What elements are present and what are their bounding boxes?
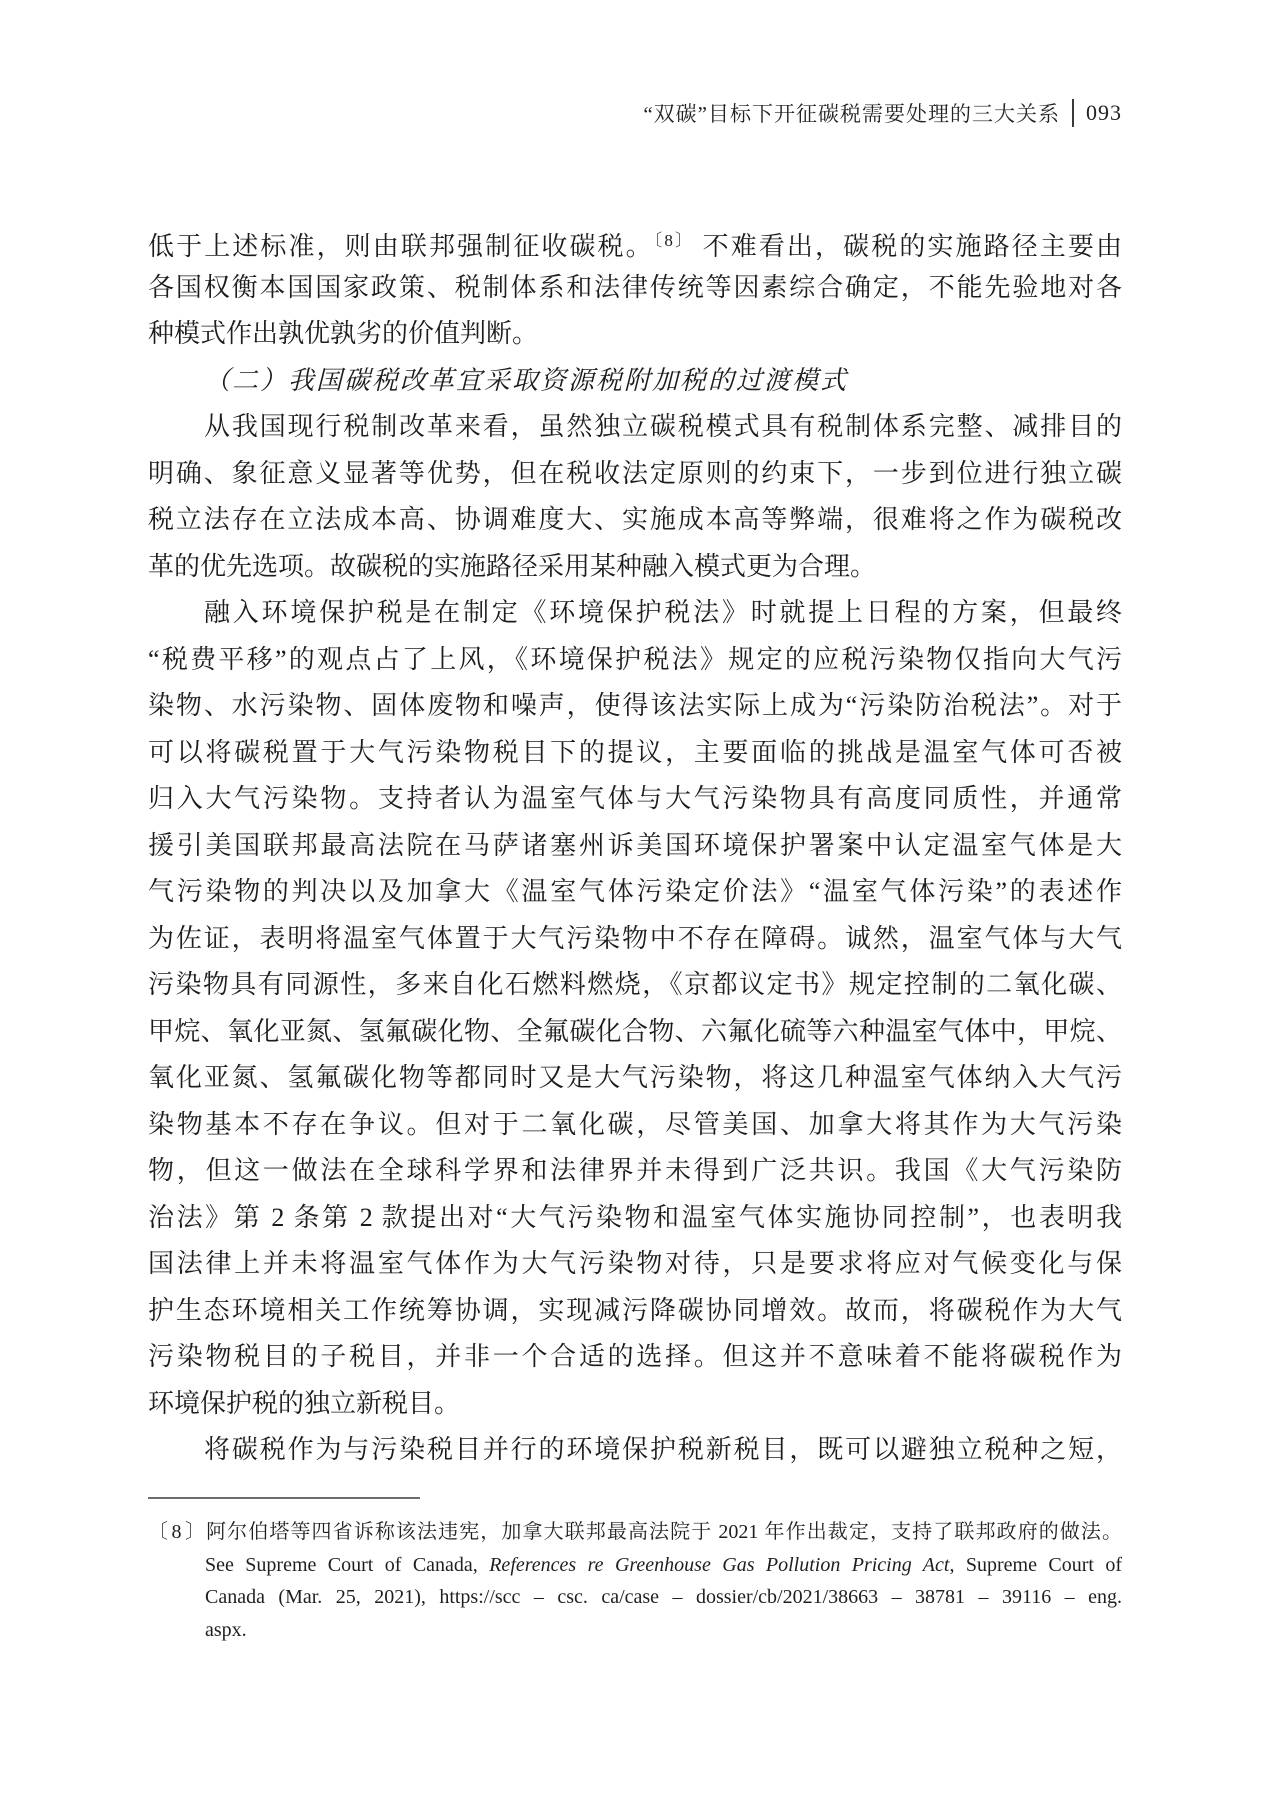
text-line: 污染物具有同源性，多来自化石燃料燃烧，《京都议定书》规定控制的二氧化碳、 <box>148 962 1122 1009</box>
text-run: , Supreme Court of <box>949 1554 1122 1576</box>
text-run: 不难看出，碳税的实施路径主要由 <box>694 232 1122 261</box>
text-run: 明确、象征意义显著等优势，但在税收法定原则的约束下，一步到位进行独立碳 <box>148 459 1122 488</box>
text-run: 氧化亚氮、氢氟碳化物等都同时又是大气污染物，将这几种温室气体纳入大气污 <box>148 1063 1122 1092</box>
text-line: 为佐证，表明将温室气体置于大气污染物中不存在障碍。诚然，温室气体与大气 <box>148 916 1122 963</box>
text-run: 甲烷、氧化亚氮、氢氟碳化物、全氟碳化合物、六氟化硫等六种温室气体中，甲烷、 <box>148 1017 1122 1046</box>
text-run: 污染物税目的子税目，并非一个合适的选择。但这并不意味着不能将碳税作为 <box>148 1342 1122 1371</box>
text-line: 国法律上并未将温室气体作为大气污染物对待，只是要求将应对气候变化与保 <box>148 1241 1122 1288</box>
text-run: 革的优先选项。故碳税的实施路径采用某种融入模式更为合理。 <box>148 552 876 581</box>
text-run: Canada (Mar. 25, 2021), https://scc – cs… <box>205 1586 1122 1608</box>
text-run: 为佐证，表明将温室气体置于大气污染物中不存在障碍。诚然，温室气体与大气 <box>148 924 1122 953</box>
text-run: 染物基本不存在争议。但对于二氧化碳，尽管美国、加拿大将其作为大气污染 <box>148 1110 1122 1139</box>
text-run: 可以将碳税置于大气污染物税目下的提议，主要面临的挑战是温室气体可否被 <box>148 738 1122 767</box>
case-name-italic: References re Greenhouse Gas Pollution P… <box>489 1554 949 1576</box>
footnote-text: 〔8〕阿尔伯塔等四省诉称该法违宪，加拿大联邦最高法院于 2021 年作出裁定，支… <box>148 1516 1122 1646</box>
text-line: “税费平移”的观点占了上风，《环境保护税法》规定的应税污染物仅指向大气污 <box>148 637 1122 684</box>
text-line: 税立法存在立法成本高、协调难度大、实施成本高等弊端，很难将之作为碳税改 <box>148 497 1122 544</box>
header-divider-rule <box>1072 99 1074 127</box>
document-page: “双碳”目标下开征碳税需要处理的三大关系 093 低于上述标准，则由联邦强制征收… <box>0 0 1269 1804</box>
text-run: 气污染物的判决以及加拿大《温室气体污染定价法》“温室气体污染”的表述作 <box>148 877 1122 906</box>
text-line: 明确、象征意义显著等优势，但在税收法定原则的约束下，一步到位进行独立碳 <box>148 451 1122 498</box>
text-line: aspx. <box>148 1614 1122 1647</box>
text-run: 援引美国联邦最高法院在马萨诸塞州诉美国环境保护署案中认定温室气体是大 <box>148 831 1122 860</box>
text-run: 物，但这一做法在全球科学界和法律界并未得到广泛共识。我国《大气污染防 <box>148 1156 1122 1185</box>
text-run: See Supreme Court of Canada, <box>205 1554 489 1576</box>
text-run: （二）我国碳税改革宜采取资源税附加税的过渡模式 <box>204 366 848 395</box>
text-line: 气污染物的判决以及加拿大《温室气体污染定价法》“温室气体污染”的表述作 <box>148 869 1122 916</box>
text-run: 种模式作出孰优孰劣的价值判断。 <box>148 319 538 348</box>
body-text: 低于上述标准，则由联邦强制征收碳税。〔8〕 不难看出，碳税的实施路径主要由各国权… <box>148 218 1122 1474</box>
text-run: 从我国现行税制改革来看，虽然独立碳税模式具有税制体系完整、减排目的 <box>204 412 1122 441</box>
text-line: 甲烷、氧化亚氮、氢氟碳化物、全氟碳化合物、六氟化硫等六种温室气体中，甲烷、 <box>148 1009 1122 1056</box>
text-run: 污染物具有同源性，多来自化石燃料燃烧，《京都议定书》规定控制的二氧化碳、 <box>148 970 1122 999</box>
text-line: 归入大气污染物。支持者认为温室气体与大气污染物具有高度同质性，并通常 <box>148 776 1122 823</box>
text-run: 低于上述标准，则由联邦强制征收碳税。 <box>148 232 654 261</box>
text-run: 护生态环境相关工作统筹协调，实现减污降碳协同增效。故而，将碳税作为大气 <box>148 1296 1122 1325</box>
footnote-marker: 〔8〕 <box>148 1516 205 1549</box>
text-line: See Supreme Court of Canada, References … <box>148 1549 1122 1582</box>
text-line: 从我国现行税制改革来看，虽然独立碳税模式具有税制体系完整、减排目的 <box>148 404 1122 451</box>
text-line: 革的优先选项。故碳税的实施路径采用某种融入模式更为合理。 <box>148 544 1122 591</box>
text-line: 将碳税作为与污染税目并行的环境保护税新税目，既可以避独立税种之短， <box>148 1427 1122 1474</box>
text-run: 国法律上并未将温室气体作为大气污染物对待，只是要求将应对气候变化与保 <box>148 1249 1122 1278</box>
text-run: 融入环境保护税是在制定《环境保护税法》时就提上日程的方案，但最终 <box>204 598 1122 627</box>
text-line: 低于上述标准，则由联邦强制征收碳税。〔8〕 不难看出，碳税的实施路径主要由 <box>148 218 1122 265</box>
text-line: 氧化亚氮、氢氟碳化物等都同时又是大气污染物，将这几种温室气体纳入大气污 <box>148 1055 1122 1102</box>
text-line: 各国权衡本国国家政策、税制体系和法律传统等因素综合确定，不能先验地对各 <box>148 265 1122 312</box>
footnote-divider-rule <box>148 1497 420 1499</box>
text-line: 治法》第 2 条第 2 款提出对“大气污染物和温室气体实施协同控制”，也表明我 <box>148 1195 1122 1242</box>
text-line: 〔8〕阿尔伯塔等四省诉称该法违宪，加拿大联邦最高法院于 2021 年作出裁定，支… <box>148 1516 1122 1549</box>
text-line: 可以将碳税置于大气污染物税目下的提议，主要面临的挑战是温室气体可否被 <box>148 730 1122 777</box>
text-run: 将碳税作为与污染税目并行的环境保护税新税目，既可以避独立税种之短， <box>204 1435 1122 1464</box>
running-title: “双碳”目标下开征碳税需要处理的三大关系 <box>643 98 1060 128</box>
text-run: aspx. <box>205 1619 247 1641</box>
text-run: 阿尔伯塔等四省诉称该法违宪，加拿大联邦最高法院于 2021 年作出裁定，支持了联… <box>205 1521 1122 1543</box>
section-heading: （二）我国碳税改革宜采取资源税附加税的过渡模式 <box>148 358 1122 405</box>
text-line: 染物、水污染物、固体废物和噪声，使得该法实际上成为“污染防治税法”。对于 <box>148 683 1122 730</box>
footnote-ref-superscript: 〔8〕 <box>654 231 694 250</box>
text-line: 物，但这一做法在全球科学界和法律界并未得到广泛共识。我国《大气污染防 <box>148 1148 1122 1195</box>
text-line: 种模式作出孰优孰劣的价值判断。 <box>148 311 1122 358</box>
text-line: 援引美国联邦最高法院在马萨诸塞州诉美国环境保护署案中认定温室气体是大 <box>148 823 1122 870</box>
text-run: 环境保护税的独立新税目。 <box>148 1389 460 1418</box>
text-run: “税费平移”的观点占了上风，《环境保护税法》规定的应税污染物仅指向大气污 <box>148 645 1122 674</box>
text-run: 归入大气污染物。支持者认为温室气体与大气污染物具有高度同质性，并通常 <box>148 784 1122 813</box>
text-line: 环境保护税的独立新税目。 <box>148 1381 1122 1428</box>
text-line: Canada (Mar. 25, 2021), https://scc – cs… <box>148 1581 1122 1614</box>
page-header: “双碳”目标下开征碳税需要处理的三大关系 093 <box>148 98 1122 128</box>
page-number: 093 <box>1086 100 1122 126</box>
footnote-section: 〔8〕阿尔伯塔等四省诉称该法违宪，加拿大联邦最高法院于 2021 年作出裁定，支… <box>148 1497 1122 1646</box>
text-line: 护生态环境相关工作统筹协调，实现减污降碳协同增效。故而，将碳税作为大气 <box>148 1288 1122 1335</box>
text-run: 各国权衡本国国家政策、税制体系和法律传统等因素综合确定，不能先验地对各 <box>148 273 1122 302</box>
text-run: 税立法存在立法成本高、协调难度大、实施成本高等弊端，很难将之作为碳税改 <box>148 505 1122 534</box>
text-line: 染物基本不存在争议。但对于二氧化碳，尽管美国、加拿大将其作为大气污染 <box>148 1102 1122 1149</box>
text-run: 染物、水污染物、固体废物和噪声，使得该法实际上成为“污染防治税法”。对于 <box>148 691 1122 720</box>
text-line: 融入环境保护税是在制定《环境保护税法》时就提上日程的方案，但最终 <box>148 590 1122 637</box>
text-line: 污染物税目的子税目，并非一个合适的选择。但这并不意味着不能将碳税作为 <box>148 1334 1122 1381</box>
text-run: 治法》第 2 条第 2 款提出对“大气污染物和温室气体实施协同控制”，也表明我 <box>148 1203 1122 1232</box>
